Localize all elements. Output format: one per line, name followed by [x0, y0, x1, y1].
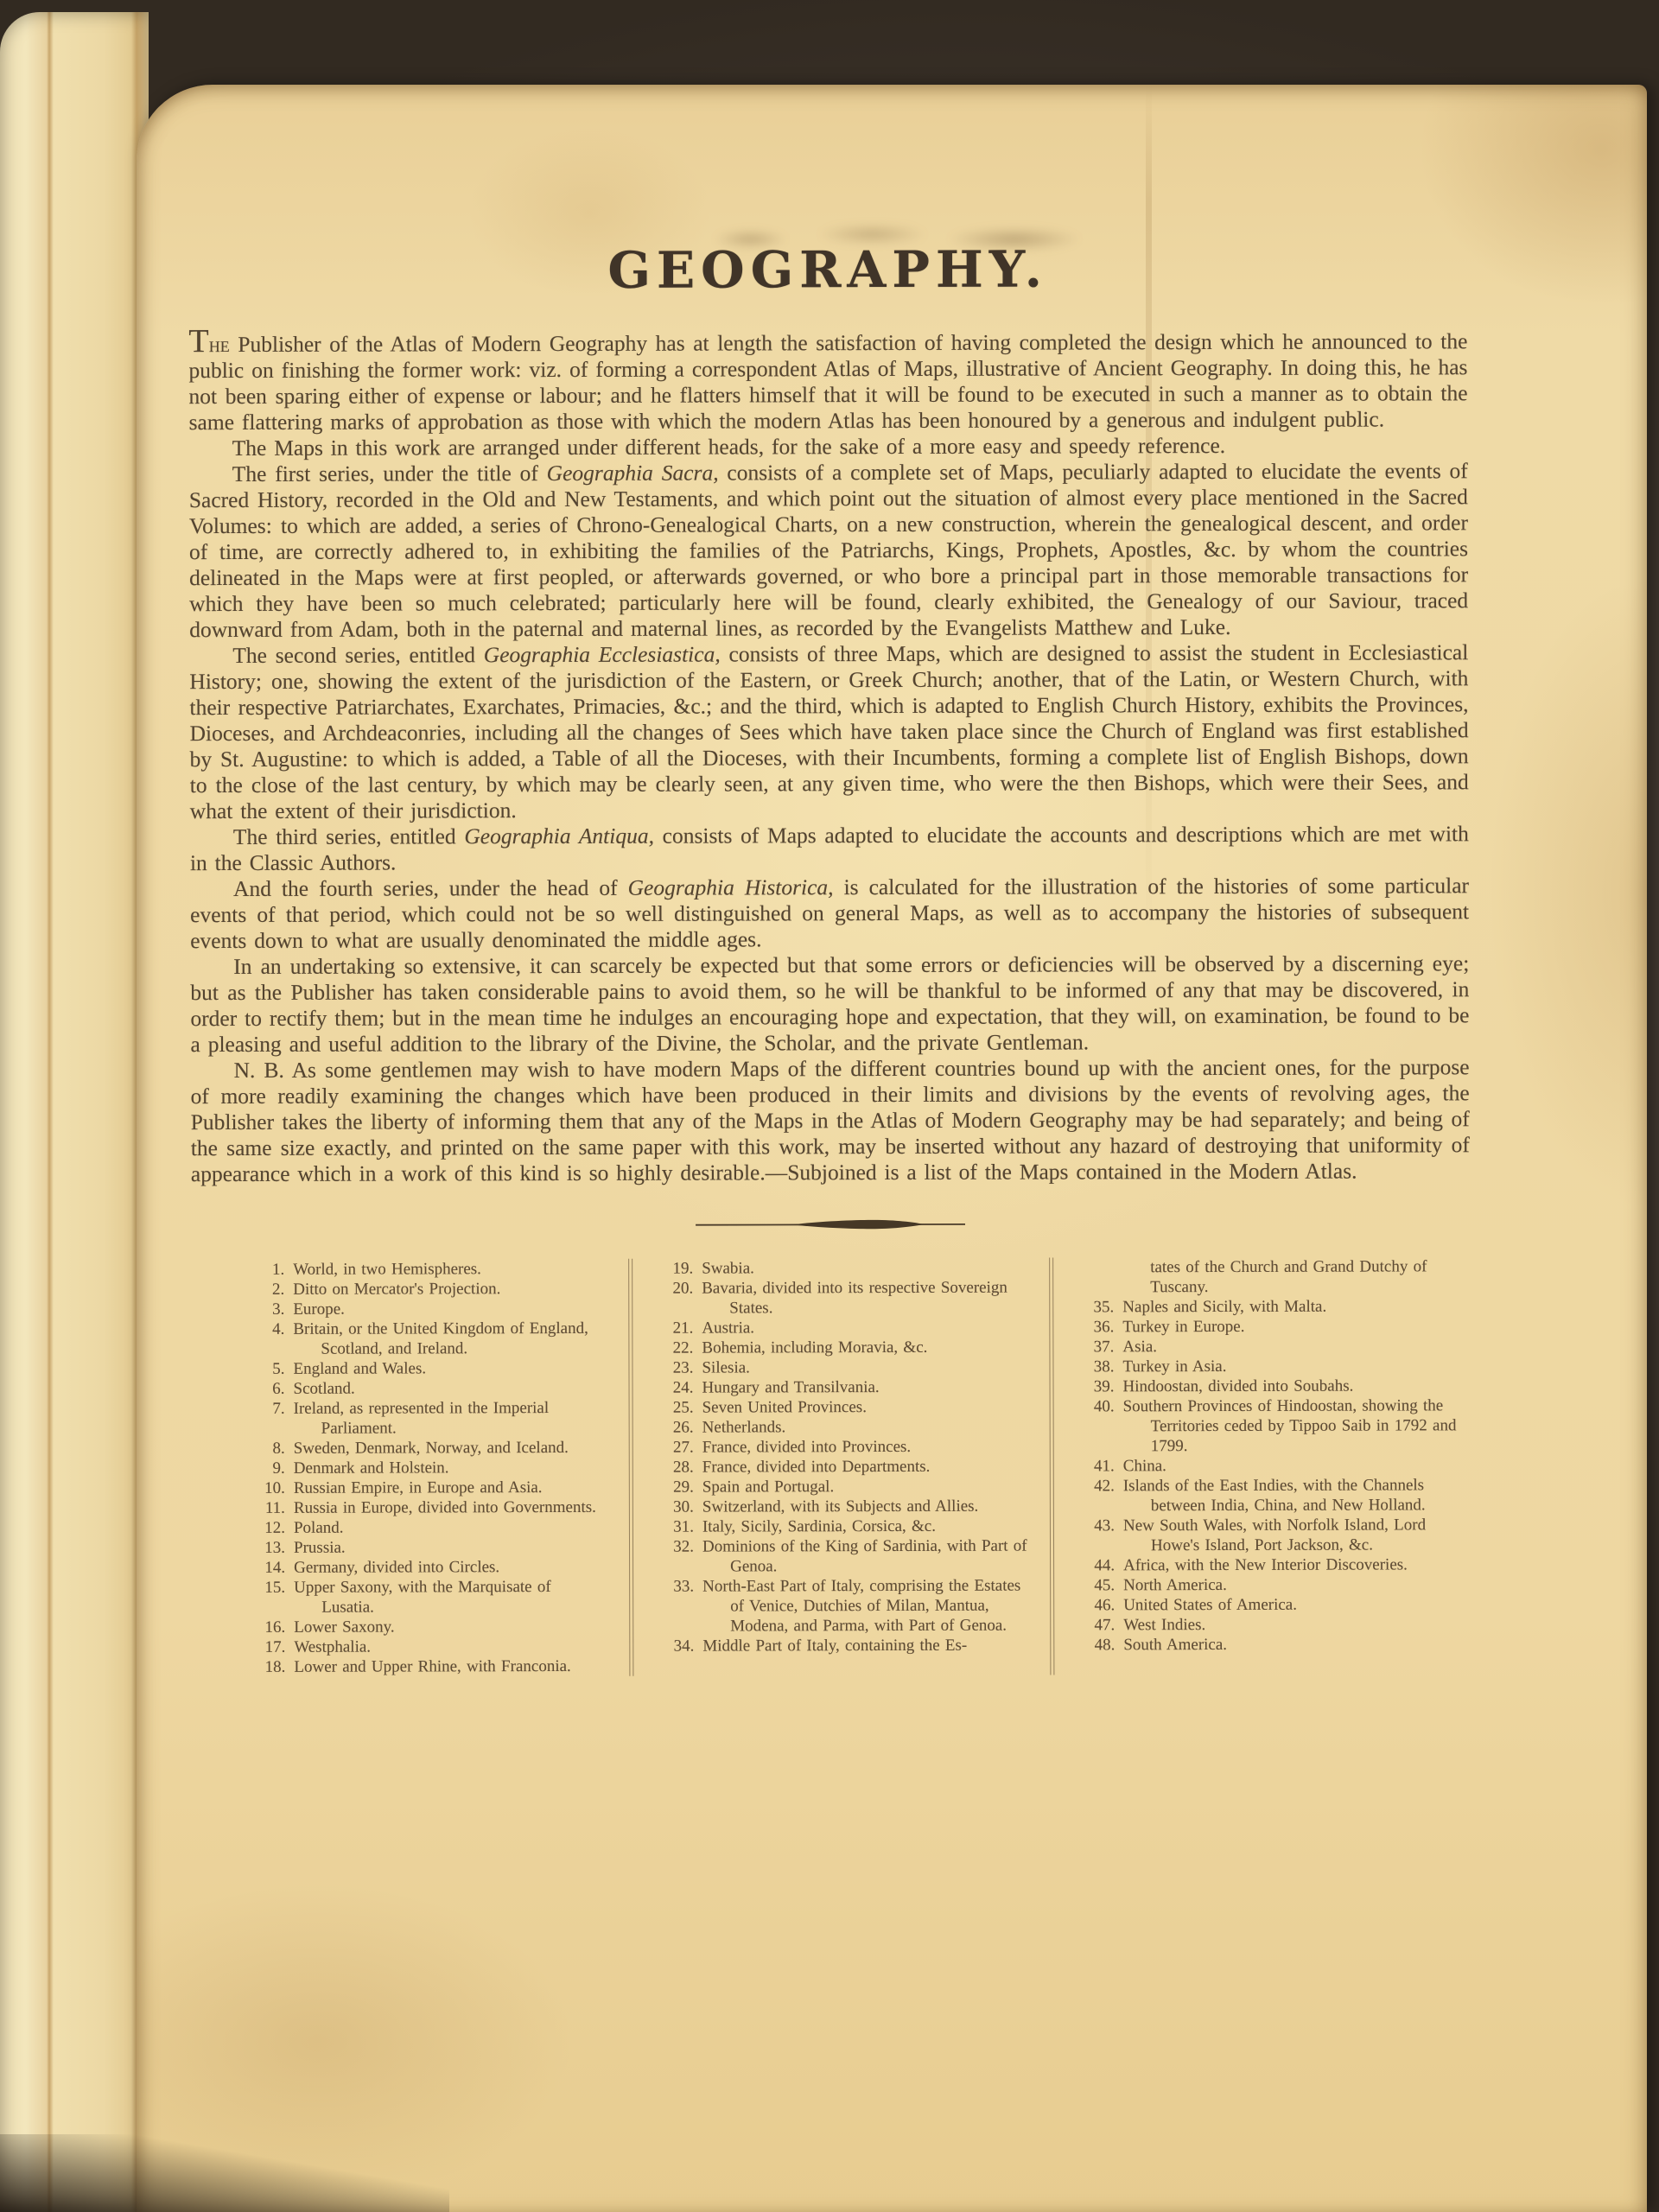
page-title: GEOGRAPHY. — [188, 238, 1467, 301]
map-column: 19.Swabia.20.Bavaria, divided into its r… — [655, 1258, 1046, 1676]
map-item-text: Southern Provinces of Hindoostan, showin… — [1123, 1396, 1457, 1455]
map-item-number: 35. — [1076, 1297, 1114, 1317]
map-item-number: 24. — [656, 1378, 694, 1398]
map-item-number: 40. — [1077, 1396, 1115, 1416]
map-item-text: North-East Part of Italy, comprising the… — [702, 1577, 1020, 1636]
map-item-text: Bavaria, divided into its respective Sov… — [702, 1279, 1007, 1318]
map-item-text: Italy, Sicily, Sardinia, Corsica, &c. — [702, 1517, 936, 1536]
map-item-text: New South Wales, with Norfolk Island, Lo… — [1123, 1516, 1426, 1554]
map-item-text: Asia. — [1122, 1338, 1157, 1356]
map-item-number: 34. — [656, 1637, 694, 1656]
map-item-number: 15. — [247, 1578, 285, 1598]
paragraph: N. B. As some gentlemen may wish to have… — [191, 1054, 1470, 1187]
map-item-number: 32. — [656, 1537, 694, 1557]
map-item-number: 6. — [247, 1379, 285, 1399]
map-item-text: North America. — [1123, 1576, 1227, 1594]
map-list: 1.World, in two Hemispheres.2.Ditto on M… — [246, 1256, 1469, 1677]
map-item: 25.Seven United Provinces. — [656, 1397, 1031, 1418]
map-item: 42.Islands of the East Indies, with the … — [1077, 1475, 1469, 1516]
map-item: 37.Asia. — [1076, 1336, 1468, 1357]
map-item-number: 4. — [246, 1319, 284, 1339]
map-item-number: 1. — [246, 1260, 284, 1280]
map-item-text: Europe. — [293, 1300, 345, 1319]
map-item-number: 9. — [247, 1459, 285, 1478]
map-item-number: 46. — [1077, 1595, 1115, 1615]
map-item-text: World, in two Hemispheres. — [293, 1260, 481, 1279]
map-item: 22.Bohemia, including Moravia, &c. — [655, 1338, 1030, 1358]
map-item-text: Dominions of the King of Sardinia, with … — [702, 1537, 1027, 1576]
map-item-text: Islands of the East Indies, with the Cha… — [1123, 1476, 1426, 1515]
map-item-text: Spain and Portugal. — [702, 1478, 834, 1496]
map-item-number: 22. — [655, 1338, 693, 1358]
paragraph: The Publisher of the Atlas of Modern Geo… — [188, 327, 1467, 435]
map-item-number: 30. — [656, 1497, 694, 1517]
map-item-text: France, divided into Provinces. — [702, 1438, 911, 1457]
map-item: 36.Turkey in Europe. — [1076, 1316, 1468, 1337]
map-item-number: 11. — [247, 1498, 285, 1518]
map-column: tates of the Church and Grand Dutchy of … — [1076, 1256, 1469, 1675]
map-item-number: 38. — [1076, 1357, 1114, 1376]
map-item-text: Seven United Provinces. — [702, 1398, 867, 1416]
map-item: 35.Naples and Sicily, with Malta. — [1076, 1296, 1468, 1317]
map-item-number: 41. — [1077, 1456, 1115, 1476]
map-item-text: Turkey in Europe. — [1122, 1318, 1244, 1336]
map-item: 46.United States of America. — [1077, 1594, 1469, 1615]
map-item-text: China. — [1123, 1457, 1166, 1475]
map-item: 39.Hindoostan, divided into Soubahs. — [1077, 1376, 1469, 1396]
map-item-number: 14. — [247, 1558, 285, 1578]
map-item-text: Swabia. — [702, 1259, 754, 1277]
map-item: 31.Italy, Sicily, Sardinia, Corsica, &c. — [656, 1516, 1031, 1537]
page-content: GEOGRAPHY. The Publisher of the Atlas of… — [135, 83, 1649, 1678]
map-item-number: 19. — [655, 1259, 693, 1279]
table-shadow — [0, 2134, 449, 2212]
map-item-text: tates of the Church and Grand Dutchy of … — [1150, 1257, 1427, 1296]
map-item: 10.Russian Empire, in Europe and Asia. — [247, 1478, 608, 1498]
map-item: 26.Netherlands. — [656, 1417, 1031, 1438]
map-item-text: Germany, divided into Circles. — [294, 1558, 499, 1577]
map-item-text: Netherlands. — [702, 1418, 786, 1436]
map-item-number: 18. — [247, 1657, 285, 1677]
paragraph: The first series, under the title of Geo… — [189, 458, 1469, 643]
map-item-text: West Indies. — [1123, 1616, 1205, 1634]
swelled-rule-icon — [696, 1218, 965, 1231]
map-item-text: Westphalia. — [294, 1638, 371, 1656]
map-item: tates of the Church and Grand Dutchy of … — [1076, 1256, 1468, 1297]
map-item-number: 39. — [1077, 1376, 1115, 1396]
map-item: 45.North America. — [1077, 1574, 1469, 1595]
map-item: 28.France, divided into Departments. — [656, 1457, 1031, 1478]
map-item: 41.China. — [1077, 1455, 1469, 1476]
map-item-text: Silesia. — [702, 1358, 749, 1376]
map-item-number: 36. — [1076, 1317, 1114, 1337]
map-item: 48.South America. — [1077, 1634, 1469, 1655]
map-item: 43.New South Wales, with Norfolk Island,… — [1077, 1515, 1469, 1555]
map-item: 33.North-East Part of Italy, comprising … — [656, 1576, 1031, 1637]
map-item-number: 45. — [1077, 1575, 1115, 1595]
map-item-text: Lower Saxony. — [294, 1618, 394, 1637]
map-item-number: 26. — [656, 1418, 694, 1438]
map-item: 23.Silesia. — [655, 1357, 1030, 1378]
map-item-text: Sweden, Denmark, Norway, and Iceland. — [294, 1439, 569, 1458]
column-divider — [1049, 1258, 1054, 1675]
map-item: 15.Upper Saxony, with the Marquisate of … — [247, 1577, 608, 1618]
map-item: 27.France, divided into Provinces. — [656, 1437, 1031, 1458]
map-item-number: 8. — [247, 1439, 285, 1459]
map-item-number: 48. — [1077, 1635, 1115, 1655]
map-item-text: Austria. — [702, 1319, 754, 1337]
map-item-text: Upper Saxony, with the Marquisate of Lus… — [294, 1578, 551, 1617]
map-item: 34.Middle Part of Italy, containing the … — [656, 1636, 1031, 1656]
map-item: 4.Britain, or the United Kingdom of Engl… — [246, 1319, 607, 1359]
map-item-text: Ireland, as represented in the Imperial … — [294, 1399, 550, 1438]
paragraph: And the fourth series, under the head of… — [190, 873, 1469, 954]
map-item-number: 7. — [247, 1399, 285, 1419]
map-item: 14.Germany, divided into Circles. — [247, 1557, 608, 1578]
map-item-number: 16. — [247, 1618, 285, 1637]
map-item-text: Switzerland, with its Subjects and Allie… — [702, 1497, 978, 1516]
map-item-number: 2. — [246, 1280, 284, 1300]
map-item-number: 27. — [656, 1438, 694, 1458]
map-item: 11.Russia in Europe, divided into Govern… — [247, 1497, 608, 1518]
map-item-number: 13. — [247, 1538, 285, 1558]
map-item-text: South America. — [1123, 1636, 1227, 1654]
map-item-number: 28. — [656, 1458, 694, 1478]
map-item-text: Poland. — [294, 1519, 344, 1537]
map-item: 9.Denmark and Holstein. — [247, 1458, 608, 1478]
paragraph: The second series, entitled Geographia E… — [189, 639, 1469, 824]
map-item-text: Ditto on Mercator's Projection. — [293, 1280, 500, 1299]
map-item: 30.Switzerland, with its Subjects and Al… — [656, 1497, 1031, 1517]
map-item: 12.Poland. — [247, 1517, 608, 1538]
map-item: 19.Swabia. — [655, 1258, 1030, 1279]
map-item-number: 31. — [656, 1517, 694, 1537]
map-item-number: 21. — [655, 1319, 693, 1338]
map-item-text: Russia in Europe, divided into Governmen… — [294, 1498, 596, 1517]
map-item: 8.Sweden, Denmark, Norway, and Iceland. — [247, 1438, 608, 1459]
map-item-text: Hindoostan, divided into Soubahs. — [1123, 1377, 1354, 1396]
map-item: 21.Austria. — [655, 1318, 1030, 1338]
map-item: 24.Hungary and Transilvania. — [656, 1377, 1031, 1398]
map-item-number: 12. — [247, 1518, 285, 1538]
map-item-text: Naples and Sicily, with Malta. — [1122, 1298, 1326, 1317]
map-item: 6.Scotland. — [247, 1378, 608, 1399]
map-item-number: 25. — [656, 1398, 694, 1418]
map-item: 44.Africa, with the New Interior Discove… — [1077, 1554, 1469, 1575]
page-edges — [0, 12, 149, 2212]
map-item-text: Turkey in Asia. — [1122, 1357, 1226, 1376]
map-item-text: United States of America. — [1123, 1596, 1297, 1615]
map-item-number: 10. — [247, 1478, 285, 1498]
paragraph: The Maps in this work are arranged under… — [189, 432, 1468, 461]
map-item-text: Denmark and Holstein. — [294, 1459, 449, 1477]
map-item-number: 33. — [656, 1577, 694, 1597]
map-item: 17.Westphalia. — [247, 1637, 608, 1657]
map-item: 1.World, in two Hemispheres. — [246, 1259, 607, 1280]
map-item: 40.Southern Provinces of Hindoostan, sho… — [1077, 1395, 1469, 1456]
map-item-number: 37. — [1076, 1337, 1114, 1357]
map-item-number: 47. — [1077, 1615, 1115, 1635]
map-item: 13.Prussia. — [247, 1537, 608, 1558]
map-item: 2.Ditto on Mercator's Projection. — [246, 1279, 607, 1300]
map-item: 7.Ireland, as represented in the Imperia… — [247, 1398, 608, 1439]
map-item-text: Africa, with the New Interior Discoverie… — [1123, 1555, 1408, 1574]
map-item-text: France, divided into Departments. — [702, 1458, 931, 1477]
map-item-number: 44. — [1077, 1555, 1115, 1575]
map-item: 5.England and Wales. — [246, 1358, 607, 1379]
map-item-text: England and Wales. — [293, 1359, 426, 1377]
map-item-text: Russian Empire, in Europe and Asia. — [294, 1478, 543, 1497]
map-item-number: 23. — [655, 1358, 693, 1378]
map-item-text: Lower and Upper Rhine, with Franconia. — [294, 1657, 570, 1676]
map-item: 18.Lower and Upper Rhine, with Franconia… — [247, 1656, 608, 1677]
map-column: 1.World, in two Hemispheres.2.Ditto on M… — [246, 1259, 626, 1677]
map-item-number: 43. — [1077, 1516, 1115, 1535]
map-item: 20.Bavaria, divided into its respective … — [655, 1278, 1030, 1319]
map-item-number: 42. — [1077, 1476, 1115, 1496]
map-item-text: Scotland. — [294, 1380, 355, 1398]
paragraph: In an undertaking so extensive, it can s… — [190, 950, 1469, 1058]
map-item-number: 5. — [246, 1359, 284, 1379]
map-item: 3.Europe. — [246, 1299, 607, 1319]
map-item: 16.Lower Saxony. — [247, 1617, 608, 1637]
section-divider — [191, 1215, 1470, 1234]
map-item-text: Middle Part of Italy, containing the Es- — [702, 1637, 967, 1656]
preface-text: The Publisher of the Atlas of Modern Geo… — [188, 327, 1470, 1187]
map-item-number: 17. — [247, 1637, 285, 1657]
map-item-text: Hungary and Transilvania. — [702, 1378, 880, 1397]
map-item-text: Bohemia, including Moravia, &c. — [702, 1338, 927, 1357]
paragraph: The third series, entitled Geographia An… — [190, 821, 1469, 876]
map-item: 38.Turkey in Asia. — [1076, 1356, 1468, 1376]
map-item-text: Prussia. — [294, 1539, 346, 1557]
map-item-number: 29. — [656, 1478, 694, 1497]
map-item-text: Britain, or the United Kingdom of Englan… — [293, 1319, 588, 1358]
map-item-number: 20. — [655, 1279, 693, 1299]
map-item-number: 3. — [246, 1300, 284, 1319]
column-divider — [628, 1259, 633, 1676]
map-item: 32.Dominions of the King of Sardinia, wi… — [656, 1536, 1031, 1577]
map-item: 47.West Indies. — [1077, 1614, 1469, 1635]
map-item: 29.Spain and Portugal. — [656, 1477, 1031, 1497]
book-page: GEOGRAPHY. The Publisher of the Atlas of… — [137, 85, 1647, 2212]
